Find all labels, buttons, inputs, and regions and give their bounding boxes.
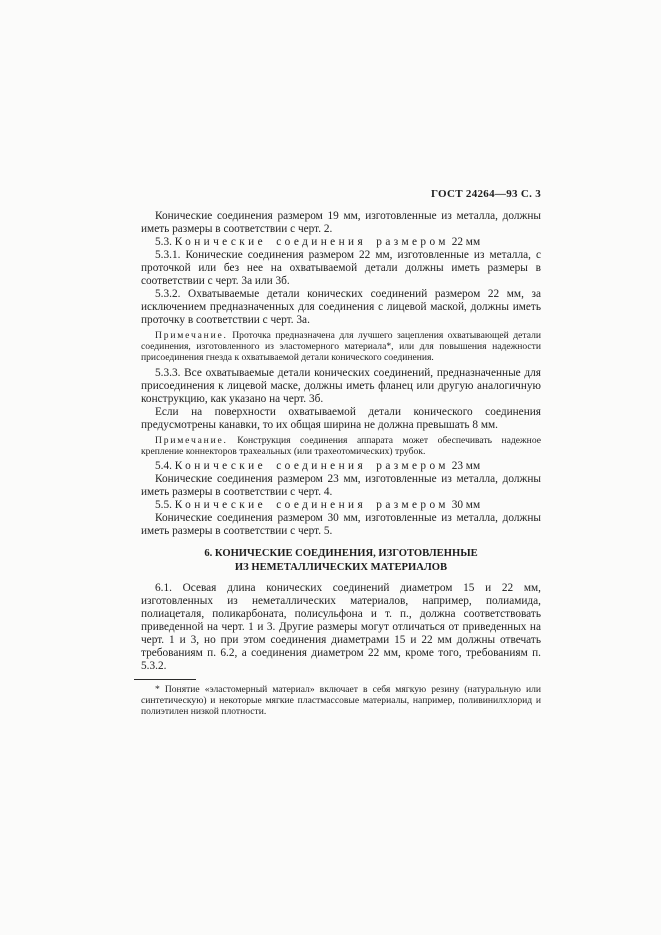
paragraph-5-3-3: 5.3.3. Все охватываемые детали конически… (141, 367, 541, 406)
heading-5-5-title: Конические соединения размером (175, 499, 449, 511)
section-6-heading-line1: 6. КОНИЧЕСКИЕ СОЕДИНЕНИЯ, ИЗГОТОВЛЕННЫЕ (204, 548, 477, 559)
text-block: ГОСТ 24264—93 С. 3 Конические соединения… (141, 188, 541, 717)
heading-5-3-size: 22 мм (452, 236, 480, 248)
paragraph-grooves: Если на поверхности охватываемой детали … (141, 406, 541, 432)
section-6-heading-line2: ИЗ НЕМЕТАЛЛИЧЕСКИХ МАТЕРИАЛОВ (235, 562, 447, 573)
heading-5-4-size: 23 мм (452, 460, 480, 472)
heading-5-3-title: Конические соединения размером (175, 236, 449, 248)
running-header: ГОСТ 24264—93 С. 3 (141, 188, 541, 201)
note-protochka: Примечание. Проточка предназначена для л… (141, 330, 541, 364)
paragraph-5-5: Конические соединения размером 30 мм, из… (141, 512, 541, 538)
footnote-divider (134, 679, 196, 680)
paragraph-19mm: Конические соединения размером 19 мм, из… (141, 210, 541, 236)
paragraph-5-3-1: 5.3.1. Конические соединения размером 22… (141, 249, 541, 288)
scanned-document-page: ГОСТ 24264—93 С. 3 Конические соединения… (0, 0, 661, 935)
heading-5-5: 5.5. Конические соединения размером 30 м… (141, 499, 541, 512)
paragraph-5-4: Конические соединения размером 23 мм, из… (141, 473, 541, 499)
paragraph-5-3-2: 5.3.2. Охватываемые детали конических со… (141, 288, 541, 327)
note-connectors: Примечание. Конструкция соединения аппар… (141, 435, 541, 457)
note-label: Примечание. (155, 330, 228, 341)
heading-5-3: 5.3. Конические соединения размером 22 м… (141, 236, 541, 249)
heading-5-4-title: Конические соединения размером (175, 460, 449, 472)
heading-5-5-number: 5.5. (155, 499, 172, 511)
note-label: Примечание. (155, 435, 228, 446)
footnote-elastomer: * Понятие «эластомерный материал» включа… (141, 684, 541, 718)
paragraph-6-1: 6.1. Осевая длина конических соединений … (141, 582, 541, 673)
section-6-heading: 6. КОНИЧЕСКИЕ СОЕДИНЕНИЯ, ИЗГОТОВЛЕННЫЕИ… (141, 547, 541, 575)
heading-5-5-size: 30 мм (452, 499, 480, 511)
heading-5-4-number: 5.4. (155, 460, 172, 472)
heading-5-4: 5.4. Конические соединения размером 23 м… (141, 460, 541, 473)
heading-5-3-number: 5.3. (155, 236, 172, 248)
